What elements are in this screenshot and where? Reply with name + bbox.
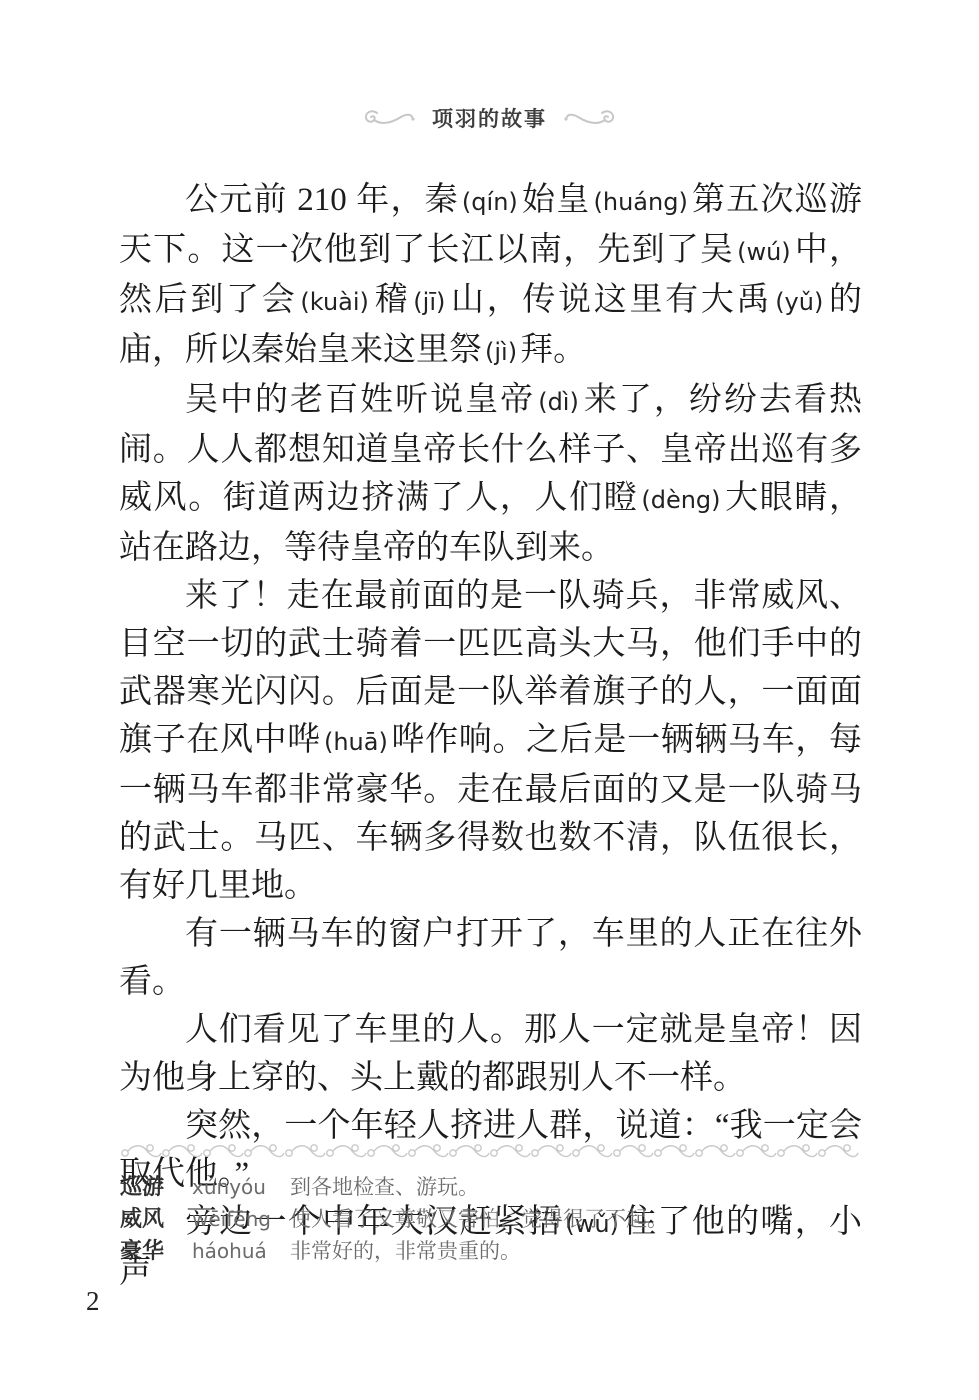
vocab-list: 巡游 xúnyóu 到各地检查、游玩。 威风 wēifēng 使人看了又尊敬又害… <box>120 1170 868 1266</box>
vocab-term: 巡游 <box>120 1170 192 1201</box>
vocab-definition: 非常好的，非常贵重的。 <box>290 1235 521 1265</box>
vocab-pinyin: wēifēng <box>192 1207 290 1231</box>
vocab-definition: 到各地检查、游玩。 <box>290 1171 479 1201</box>
vocab-row: 威风 wēifēng 使人看了又尊敬又害怕，觉得很了不起。 <box>120 1202 868 1234</box>
vocab-definition: 使人看了又尊敬又害怕，觉得很了不起。 <box>290 1203 668 1233</box>
vocab-term: 威风 <box>120 1202 192 1233</box>
flourish-left-icon <box>363 108 415 128</box>
flourish-right-icon <box>564 108 616 128</box>
vocab-term: 豪华 <box>120 1234 192 1265</box>
running-head: 项羽的故事 <box>0 103 979 133</box>
vocab-pinyin: xúnyóu <box>192 1175 290 1199</box>
paragraph-1: 公元前 210 年，秦(qín)始皇(huáng)第五次巡游天下。这一次他到了长… <box>119 176 862 376</box>
paragraph-5: 人们看见了车里的人。那人一定就是皇帝！因为他身上穿的、头上戴的都跟别人不一样。 <box>119 1006 862 1102</box>
vocab-row: 巡游 xúnyóu 到各地检查、游玩。 <box>120 1170 868 1202</box>
page-number: 2 <box>86 1286 100 1317</box>
paragraph-2: 吴中的老百姓听说皇帝(dì)来了，纷纷去看热闹。人人都想知道皇帝长什么样子、皇帝… <box>119 376 862 572</box>
vocab-row: 豪华 háohuá 非常好的，非常贵重的。 <box>120 1234 868 1266</box>
paragraph-4: 有一辆马车的窗户打开了，车里的人正在往外看。 <box>119 910 862 1006</box>
vocab-pinyin: háohuá <box>192 1239 290 1263</box>
paragraph-3: 来了！走在最前面的是一队骑兵，非常威风、目空一切的武士骑着一匹匹高头大马，他们手… <box>119 572 862 910</box>
book-page: 项羽的故事 公元前 210 年，秦(qín)始皇(huáng)第五次巡游天下。这… <box>0 0 979 1400</box>
page-title: 项羽的故事 <box>432 103 547 133</box>
story-text: 公元前 210 年，秦(qín)始皇(huáng)第五次巡游天下。这一次他到了长… <box>119 176 862 1296</box>
section-divider-ornament <box>120 1140 868 1162</box>
